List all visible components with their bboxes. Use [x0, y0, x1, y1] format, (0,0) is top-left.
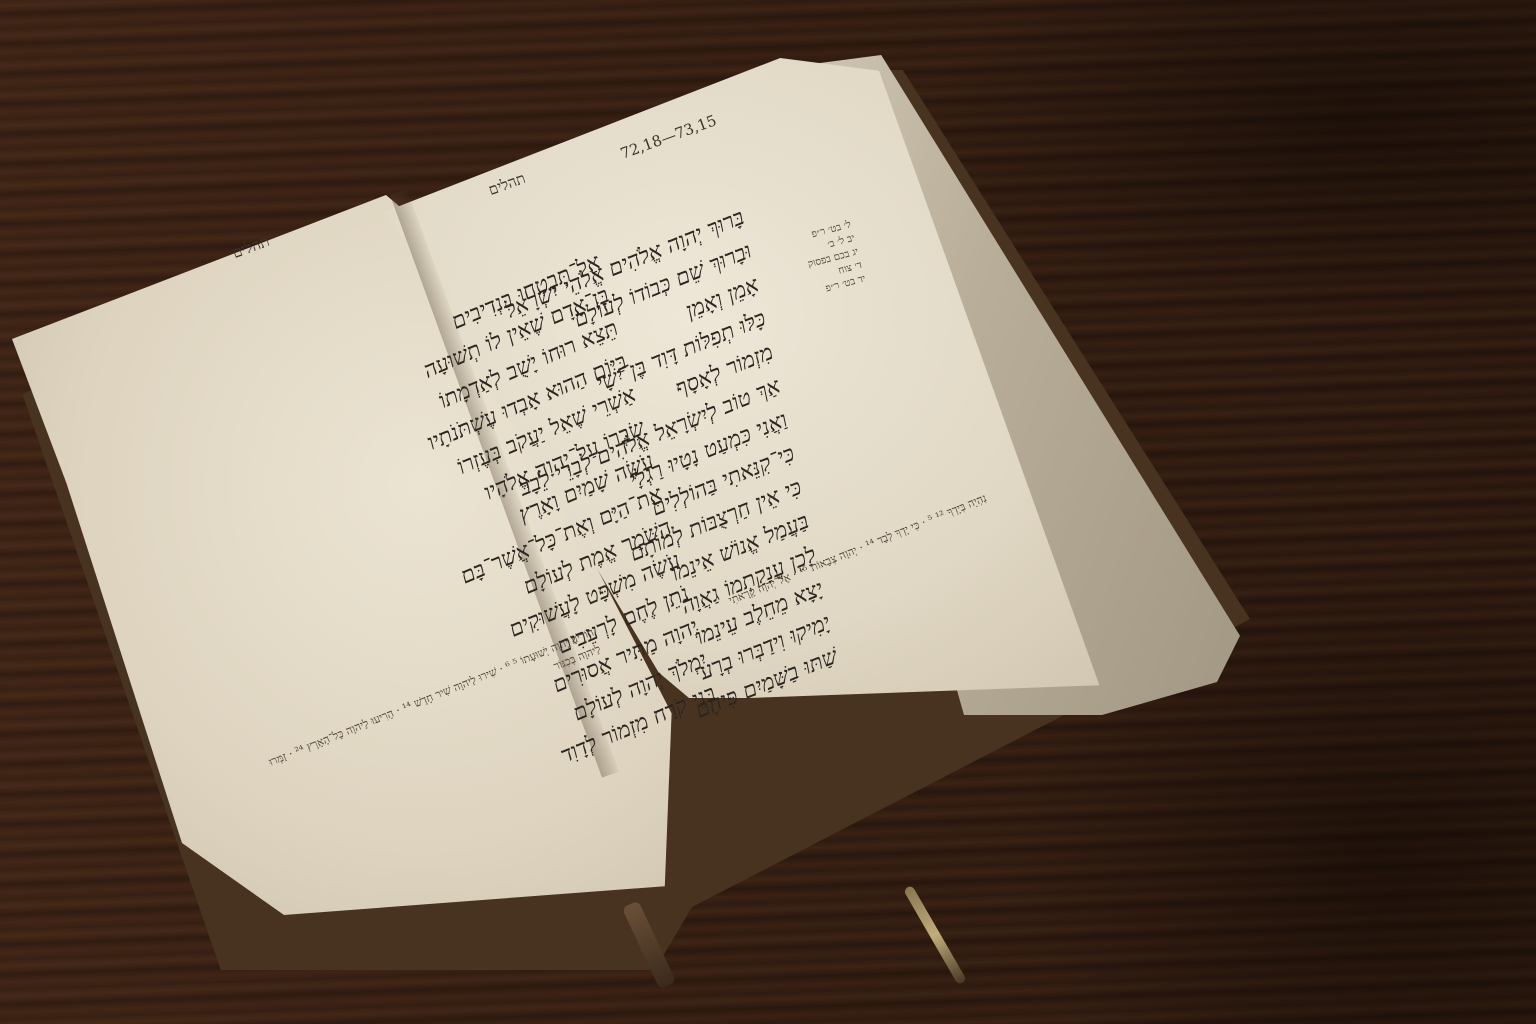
bookmark-ribbon-gold: [903, 885, 967, 985]
open-book: תהלים תהלים 72,18—73,15 אַל־תִּבְטְחוּ ב…: [0, 0, 1536, 1024]
